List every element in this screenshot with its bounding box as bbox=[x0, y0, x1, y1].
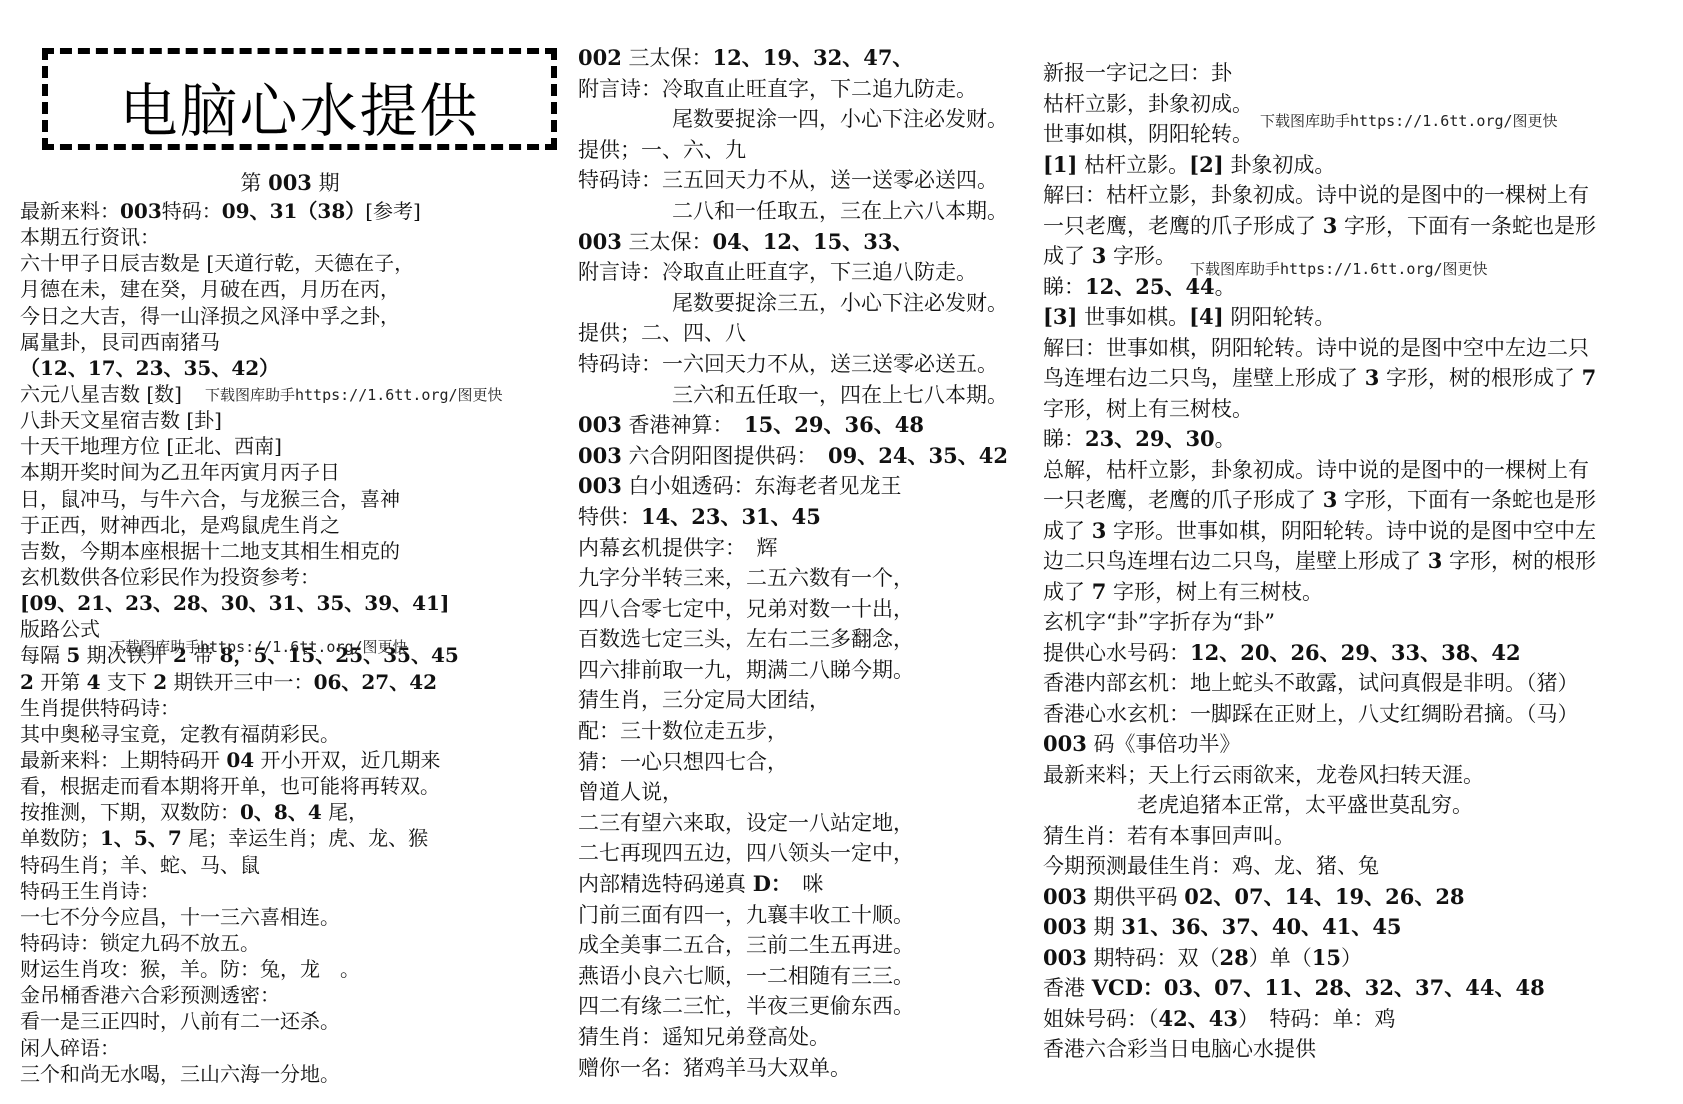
text-line: 日，鼠冲马，与牛六合，与龙猴三合，喜神 bbox=[20, 486, 560, 512]
watermark-text: 下载图库助手https://1.6tt.org/图更快 bbox=[205, 384, 503, 405]
line-text: 香港六合彩当日电脑心水提供 bbox=[1043, 1037, 1316, 1061]
line-text: 四二有缘二三忙，半夜三更偷东西。 bbox=[578, 994, 914, 1018]
text-line: 特码王生肖诗： bbox=[20, 878, 560, 904]
bold-number: 003 bbox=[578, 473, 622, 498]
text-line: [09、21、23、28、30、31、35、39、41] bbox=[20, 590, 560, 616]
line-text: 支下 bbox=[101, 670, 154, 694]
line-text: 八卦天文星宿吉数 [卦] bbox=[20, 408, 222, 432]
text-line: 边二只鸟连埋右边二只鸟，崖壁上形成了 3 字形，树的根形 bbox=[1043, 546, 1673, 577]
line-text: 二三有望六来取，设定一八站定地， bbox=[578, 811, 914, 835]
text-line: [1] 枯杆立影。[2] 卦象初成。 bbox=[1043, 150, 1673, 181]
text-line: 配：三十数位走五步， bbox=[578, 716, 1048, 747]
text-line: 003 期 31、36、37、40、41、45 bbox=[1043, 912, 1673, 943]
bold-number: 09、24、35、42 bbox=[828, 443, 1008, 468]
text-line: 百数选七定三头，左右二三多翻念， bbox=[578, 624, 1048, 655]
bold-number: 14、23、31、45 bbox=[641, 504, 821, 529]
bold-number: 1、5、7 bbox=[100, 826, 182, 850]
text-line: 猜生肖：遥知兄弟登高处。 bbox=[578, 1022, 1048, 1053]
line-text: 世事如棋。 bbox=[1077, 305, 1189, 329]
line-text: 二八和一任取五，三在上六八本期。 bbox=[672, 199, 1008, 223]
line-text: 四六排前取一九，期满二八睇今期。 bbox=[578, 658, 914, 682]
line-text: 一只老鹰，老鹰的爪子形成了 bbox=[1043, 214, 1323, 238]
line-text: 月德在未，建在癸，月破在西，月历在丙， bbox=[20, 277, 400, 301]
line-text: 生肖提供特码诗： bbox=[20, 696, 180, 720]
line-text: 提供；二、四、八 bbox=[578, 321, 746, 345]
text-line: 提供；二、四、八 bbox=[578, 318, 1048, 349]
line-text: 特码诗：一六回天力不从，送三送零必送五。 bbox=[578, 352, 998, 376]
line-text: 版路公式 bbox=[20, 617, 100, 641]
line-text: [参考] bbox=[365, 199, 421, 223]
bold-number: 2 bbox=[153, 670, 167, 694]
line-text: 特码： bbox=[162, 199, 222, 223]
text-line: 提供心水号码：12、20、26、29、33、38、42 bbox=[1043, 638, 1673, 669]
line-text: 成了 bbox=[1043, 519, 1092, 543]
issue-suffix: 期 bbox=[319, 171, 340, 195]
line-text: ） 特码：单：鸡 bbox=[1238, 1007, 1396, 1031]
text-line: 门前三面有四一，九襄丰收工十顺。 bbox=[578, 900, 1048, 931]
text-line: 尾数要捉涂三五，小心下注必发财。 bbox=[578, 288, 1048, 319]
bold-number: [2] bbox=[1189, 152, 1223, 177]
text-line: 月德在未，建在癸，月破在西，月历在丙， bbox=[20, 276, 560, 302]
line-text: 成全美事二五合，三前二生五再进。 bbox=[578, 933, 914, 957]
bold-number: 003 bbox=[578, 443, 622, 468]
text-line: 六十甲子日辰吉数是 [天道行乾，天德在子， bbox=[20, 250, 560, 276]
text-line: 香港内部玄机：地上蛇头不敢露，试问真假是非明。（猪） bbox=[1043, 668, 1673, 699]
text-line: 金吊桶香港六合彩预测透密： bbox=[20, 982, 560, 1008]
text-line: 本期开奖时间为乙丑年丙寅月丙子日 bbox=[20, 459, 560, 485]
issue-number: 第 003 期 bbox=[20, 168, 560, 198]
line-text: 成了 bbox=[1043, 580, 1092, 604]
bold-number: 3 bbox=[1092, 243, 1107, 268]
line-text: 香港 bbox=[1043, 976, 1092, 1000]
text-line: 003 六合阴阳图提供码： 09、24、35、42 bbox=[578, 441, 1048, 472]
text-line: 四八合零七定中，兄弟对数一十出， bbox=[578, 594, 1048, 625]
text-line: 总解，枯杆立影，卦象初成。诗中说的是图中的一棵树上有 bbox=[1043, 455, 1673, 486]
bold-number: 42、43 bbox=[1159, 1006, 1238, 1031]
line-text: 尾；幸运生肖；虎、龙、猴 bbox=[182, 826, 428, 850]
text-line: 解曰：世事如棋，阴阳轮转。诗中说的是图中空中左边二只 bbox=[1043, 333, 1673, 364]
line-text: 期铁开三中一： bbox=[167, 670, 313, 694]
text-line: 二七再现四五边，四八领头一定中， bbox=[578, 838, 1048, 869]
text-line: 老虎追猪本正常，太平盛世莫乱穷。 bbox=[1043, 790, 1673, 821]
issue-number-value: 003 bbox=[268, 170, 312, 195]
bold-number: 003 bbox=[578, 229, 622, 254]
line-text: 香港神算： bbox=[622, 413, 744, 437]
text-line: 单数防；1、5、7 尾；幸运生肖；虎、龙、猴 bbox=[20, 825, 560, 851]
line-text: 二七再现四五边，四八领头一定中， bbox=[578, 841, 914, 865]
line-text: 三个和尚无水喝，三山六海一分地。 bbox=[20, 1062, 340, 1086]
line-text: 看一是三正四时，八前有二一还杀。 bbox=[20, 1009, 340, 1033]
line-text: ） bbox=[1341, 946, 1362, 970]
issue-prefix: 第 bbox=[240, 171, 261, 195]
text-line: 曾道人说， bbox=[578, 777, 1048, 808]
right-column: 新报一字记之曰：卦 枯杆立影，卦象初成。 世事如棋，阴阳轮转。 [1] 枯杆立影… bbox=[1043, 58, 1673, 1065]
bold-number: 3 bbox=[1092, 518, 1107, 543]
text-line: 特码诗：锁定九码不放五。 bbox=[20, 930, 560, 956]
text-line: 最新来料：003特码：09、31（38）[参考] bbox=[20, 198, 560, 224]
line-text: 赠你一名：猪鸡羊马大双单。 bbox=[578, 1056, 851, 1080]
line-text: 本期五行资讯： bbox=[20, 225, 160, 249]
bold-number: 3 bbox=[1365, 365, 1380, 390]
text-line: [3] 世事如棋。[4] 阴阳轮转。 bbox=[1043, 302, 1673, 333]
bold-number: 2 bbox=[20, 670, 34, 694]
line-text: 猜：一心只想四七合， bbox=[578, 750, 788, 774]
text-line: 最新来料：上期特码开 04 开小开双，近几期来 bbox=[20, 747, 560, 773]
text-line: 003 白小姐透码：东海老者见龙王 bbox=[578, 471, 1048, 502]
bold-number: 02、07、14、19、26、28 bbox=[1184, 884, 1464, 909]
text-line: 吉数，今期本座根据十二地支其相生相克的 bbox=[20, 538, 560, 564]
text-line: 财运生肖攻：猴，羊。防：兔，龙 。 bbox=[20, 956, 560, 982]
text-line: 新报一字记之曰：卦 bbox=[1043, 58, 1673, 89]
line-text: 开第 bbox=[34, 670, 87, 694]
text-line: 猜：一心只想四七合， bbox=[578, 747, 1048, 778]
text-line: 闲人碎语： bbox=[20, 1035, 560, 1061]
bold-number: 003 bbox=[1043, 945, 1087, 970]
text-line: 内部精选特码递真 D： 咪 bbox=[578, 869, 1048, 900]
bold-number: 31、36、37、40、41、45 bbox=[1121, 914, 1401, 939]
text-line: 看一是三正四时，八前有二一还杀。 bbox=[20, 1008, 560, 1034]
text-line: 十天干地理方位 [正北、西南] bbox=[20, 433, 560, 459]
line-text: 附言诗：冷取直止旺直字，下三追八防走。 bbox=[578, 260, 977, 284]
line-text: 属量卦，艮司西南猪马 bbox=[20, 330, 220, 354]
bold-number: 7 bbox=[1582, 365, 1597, 390]
line-text: 尾数要捉涂三五，小心下注必发财。 bbox=[672, 291, 1008, 315]
line-text: 。 bbox=[1215, 427, 1236, 451]
text-line: 003 香港神算： 15、29、36、48 bbox=[578, 410, 1048, 441]
text-line: 香港六合彩当日电脑心水提供 bbox=[1043, 1034, 1673, 1065]
line-text: 提供；一、六、九 bbox=[578, 138, 746, 162]
line-text: 特码诗：锁定九码不放五。 bbox=[20, 931, 260, 955]
text-line: 今期预测最佳生肖：鸡、龙、猪、兔 bbox=[1043, 851, 1673, 882]
text-line: 鸟连埋右边二只鸟，崖壁上形成了 3 字形，树的根形成了 7 bbox=[1043, 363, 1673, 394]
text-line: 四二有缘二三忙，半夜三更偷东西。 bbox=[578, 991, 1048, 1022]
text-line: 猜生肖：若有本事回声叫。 bbox=[1043, 821, 1673, 852]
line-text: 附言诗：冷取直止旺直字，下二追九防走。 bbox=[578, 77, 977, 101]
text-line: 一只老鹰，老鹰的爪子形成了 3 字形，下面有一条蛇也是形 bbox=[1043, 211, 1673, 242]
line-text: 枯杆立影，卦象初成。 bbox=[1043, 92, 1253, 116]
line-text: 提供心水号码： bbox=[1043, 641, 1190, 665]
text-line: 猜生肖，三分定局大团结， bbox=[578, 685, 1048, 716]
line-text: 总解，枯杆立影，卦象初成。诗中说的是图中的一棵树上有 bbox=[1043, 458, 1589, 482]
bold-number: [1] bbox=[1043, 152, 1077, 177]
text-line: 字形，树上有三树枝。 bbox=[1043, 394, 1673, 425]
line-text: 十天干地理方位 [正北、西南] bbox=[20, 434, 282, 458]
text-line: 成了 3 字形。世事如棋，阴阳轮转。诗中说的是图中空中左 bbox=[1043, 516, 1673, 547]
title-box: 电脑心水提供 bbox=[42, 48, 557, 150]
line-text: 字形，下面有一条蛇也是形 bbox=[1337, 214, 1596, 238]
middle-rows: 002 三太保：12、19、32、47、附言诗：冷取直止旺直字，下二追九防走。尾… bbox=[578, 43, 1048, 1083]
line-text: 猜生肖，三分定局大团结， bbox=[578, 688, 830, 712]
watermark-text: 下载图库助手https://1.6tt.org/图更快 bbox=[110, 636, 408, 657]
text-line: 003 期供平码 02、07、14、19、26、28 bbox=[1043, 882, 1673, 913]
line-text: 百数选七定三头，左右二三多翻念， bbox=[578, 627, 914, 651]
text-line: 三六和五任取一，四在上七八本期。 bbox=[578, 380, 1048, 411]
text-line: 002 三太保：12、19、32、47、 bbox=[578, 43, 1048, 74]
text-line: 2 开第 4 支下 2 期铁开三中一：06、27、42 bbox=[20, 669, 560, 695]
text-line: 香港 VCD：03、07、11、28、32、37、44、48 bbox=[1043, 973, 1673, 1004]
middle-column: 002 三太保：12、19、32、47、附言诗：冷取直止旺直字，下二追九防走。尾… bbox=[578, 43, 1048, 1083]
line-text: 香港心水玄机：一脚踩在正财上，八丈红绸盼君摘。（马） bbox=[1043, 702, 1579, 726]
line-text: 期特码：双（ bbox=[1087, 946, 1220, 970]
line-text: 九字分半转三来，二五六数有一个， bbox=[578, 566, 914, 590]
text-line: 一只老鹰，老鹰的爪子形成了 3 字形，下面有一条蛇也是形 bbox=[1043, 485, 1673, 516]
line-text: 卦象初成。 bbox=[1224, 153, 1336, 177]
bold-number: 3 bbox=[1323, 487, 1338, 512]
text-line: 特供：14、23、31、45 bbox=[578, 502, 1048, 533]
line-text: 玄机数供各位彩民作为投资参考： bbox=[20, 565, 320, 589]
text-line: 属量卦，艮司西南猪马 bbox=[20, 329, 560, 355]
line-text: 按推测，下期，双数防： bbox=[20, 800, 240, 824]
line-text: 边二只鸟连埋右边二只鸟，崖壁上形成了 bbox=[1043, 549, 1428, 573]
line-text: 期 bbox=[1087, 915, 1121, 939]
text-line: 附言诗：冷取直止旺直字，下三追八防走。 bbox=[578, 257, 1048, 288]
text-line: 燕语小良六七顺，一二相随有三三。 bbox=[578, 961, 1048, 992]
watermark-text: 下载图库助手https://1.6tt.org/图更快 bbox=[1260, 110, 1558, 131]
bold-number: D： bbox=[753, 871, 782, 896]
text-line: 003 码《事倍功半》 bbox=[1043, 729, 1673, 760]
text-line: 二八和一任取五，三在上六八本期。 bbox=[578, 196, 1048, 227]
line-text: 特供： bbox=[578, 505, 641, 529]
text-line: 特码生肖；羊、蛇、马、鼠 bbox=[20, 852, 560, 878]
line-text: 三六和五任取一，四在上七八本期。 bbox=[672, 383, 1008, 407]
line-text: 内部精选特码递真 bbox=[578, 872, 753, 896]
watermark-text: 下载图库助手https://1.6tt.org/图更快 bbox=[1190, 258, 1488, 279]
bold-number: （12、17、23、35、42） bbox=[20, 356, 279, 380]
line-text: 财运生肖攻：猴，羊。防：兔，龙 。 bbox=[20, 957, 360, 981]
text-line: 附言诗：冷取直止旺直字，下二追九防走。 bbox=[578, 74, 1048, 105]
line-text: 燕语小良六七顺，一二相随有三三。 bbox=[578, 964, 914, 988]
line-text: 六合阴阳图提供码： bbox=[622, 444, 828, 468]
line-text: 吉数，今期本座根据十二地支其相生相克的 bbox=[20, 539, 400, 563]
line-text: 老虎追猪本正常，太平盛世莫乱穷。 bbox=[1137, 793, 1473, 817]
bold-number: 12、20、26、29、33、38、42 bbox=[1190, 640, 1521, 665]
text-line: 内幕玄机提供字： 辉 bbox=[578, 533, 1048, 564]
text-line: 看，根据走而看本期将开单，也可能将再转双。 bbox=[20, 773, 560, 799]
text-line: 生肖提供特码诗： bbox=[20, 695, 560, 721]
line-text: 字形，树的根形 bbox=[1442, 549, 1596, 573]
line-text: 世事如棋，阴阳轮转。 bbox=[1043, 122, 1253, 146]
text-line: 特码诗：一六回天力不从，送三送零必送五。 bbox=[578, 349, 1048, 380]
line-text: 本期开奖时间为乙丑年丙寅月丙子日 bbox=[20, 460, 340, 484]
line-text: 睇： bbox=[1043, 427, 1085, 451]
line-text: 配：三十数位走五步， bbox=[578, 719, 788, 743]
text-line: 尾数要捉涂一四，小心下注必发财。 bbox=[578, 104, 1048, 135]
line-text: 门前三面有四一，九襄丰收工十顺。 bbox=[578, 903, 914, 927]
line-text: 日，鼠冲马，与牛六合，与龙猴三合，喜神 bbox=[20, 487, 400, 511]
bold-number: 23、29、30 bbox=[1085, 426, 1215, 451]
line-text: 最新来料：上期特码开 bbox=[20, 748, 226, 772]
bold-number: 0、8、4 bbox=[240, 800, 322, 824]
bold-number: 003 bbox=[1043, 731, 1087, 756]
line-text: 每隔 bbox=[20, 643, 66, 667]
line-text: 特码生肖；羊、蛇、马、鼠 bbox=[20, 853, 260, 877]
bold-number: [4] bbox=[1189, 304, 1223, 329]
bold-number: VCD：03、07、11、28、32、37、44、48 bbox=[1092, 975, 1545, 1000]
bold-number: [3] bbox=[1043, 304, 1077, 329]
line-text: 成了 bbox=[1043, 244, 1092, 268]
line-text: 猜生肖：遥知兄弟登高处。 bbox=[578, 1025, 830, 1049]
line-text: 码《事倍功半》 bbox=[1087, 732, 1241, 756]
text-line: 玄机字“卦”字折存为“卦” bbox=[1043, 607, 1673, 638]
line-text: 咪 bbox=[781, 872, 823, 896]
line-text: 四八合零七定中，兄弟对数一十出， bbox=[578, 597, 914, 621]
line-text: 金吊桶香港六合彩预测透密： bbox=[20, 983, 280, 1007]
line-text: 字形，树上有三树枝。 bbox=[1043, 397, 1253, 421]
text-line: 三个和尚无水喝，三山六海一分地。 bbox=[20, 1061, 560, 1087]
text-line: 特码诗：三五回天力不从，送一送零必送四。 bbox=[578, 165, 1048, 196]
right-rows: 新报一字记之曰：卦 枯杆立影，卦象初成。 世事如棋，阴阳轮转。 [1] 枯杆立影… bbox=[1043, 58, 1673, 1065]
line-text: 字形。 bbox=[1106, 244, 1176, 268]
text-line: 四六排前取一九，期满二八睇今期。 bbox=[578, 655, 1048, 686]
bold-number: 12、19、32、47、 bbox=[713, 45, 914, 70]
text-line: 睇：23、29、30。 bbox=[1043, 424, 1673, 455]
line-text: 三太保： bbox=[622, 230, 713, 254]
line-text: 一只老鹰，老鹰的爪子形成了 bbox=[1043, 488, 1323, 512]
line-text: 最新来料；天上行云雨欲来，龙卷风扫转天涯。 bbox=[1043, 763, 1484, 787]
text-line: 一七不分今应昌，十一三六喜相连。 bbox=[20, 904, 560, 930]
text-line: 本期五行资讯： bbox=[20, 224, 560, 250]
text-line: 玄机数供各位彩民作为投资参考： bbox=[20, 564, 560, 590]
text-line: 其中奥秘寻宝竟，定教有福荫彩民。 bbox=[20, 721, 560, 747]
line-text: 曾道人说， bbox=[578, 780, 683, 804]
line-text: 内幕玄机提供字： 辉 bbox=[578, 536, 778, 560]
bold-number: 003 bbox=[1043, 914, 1087, 939]
line-text: 香港内部玄机：地上蛇头不敢露，试问真假是非明。（猪） bbox=[1043, 671, 1579, 695]
line-text: 玄机字“卦”字折存为“卦” bbox=[1043, 610, 1275, 634]
bold-number: 15 bbox=[1312, 945, 1341, 970]
text-line: 八卦天文星宿吉数 [卦] bbox=[20, 407, 560, 433]
text-line: 最新来料；天上行云雨欲来，龙卷风扫转天涯。 bbox=[1043, 760, 1673, 791]
line-text: 鸟连埋右边二只鸟，崖壁上形成了 bbox=[1043, 366, 1365, 390]
line-text: 看，根据走而看本期将开单，也可能将再转双。 bbox=[20, 774, 440, 798]
text-line: 提供；一、六、九 bbox=[578, 135, 1048, 166]
text-line: 赠你一名：猪鸡羊马大双单。 bbox=[578, 1053, 1048, 1084]
line-text: 姐妹号码：（ bbox=[1043, 1007, 1159, 1031]
text-line: 姐妹号码：（42、43） 特码：单：鸡 bbox=[1043, 1004, 1673, 1035]
bold-number: 28 bbox=[1220, 945, 1249, 970]
text-line: 今日之大吉，得一山泽损之风泽中孚之卦， bbox=[20, 303, 560, 329]
line-text: 字形，树上有三树枝。 bbox=[1106, 580, 1323, 604]
bold-number: 06、27、42 bbox=[314, 670, 438, 694]
bold-number: 003 bbox=[578, 412, 622, 437]
text-line: （12、17、23、35、42） bbox=[20, 355, 560, 381]
text-line: 按推测，下期，双数防：0、8、4 尾， bbox=[20, 799, 560, 825]
line-text: 解曰：世事如棋，阴阳轮转。诗中说的是图中空中左边二只 bbox=[1043, 336, 1589, 360]
bold-number: 04 bbox=[226, 748, 254, 772]
line-text: 猜生肖：若有本事回声叫。 bbox=[1043, 824, 1295, 848]
line-text: 尾数要捉涂一四，小心下注必发财。 bbox=[672, 107, 1008, 131]
line-text: 一七不分今应昌，十一三六喜相连。 bbox=[20, 905, 340, 929]
line-text: 今期预测最佳生肖：鸡、龙、猪、兔 bbox=[1043, 854, 1379, 878]
text-line: 成了 7 字形，树上有三树枝。 bbox=[1043, 577, 1673, 608]
bold-number: 04、12、15、33、 bbox=[713, 229, 914, 254]
line-text: 于正西，财神西北，是鸡鼠虎生肖之 bbox=[20, 513, 340, 537]
line-text: 字形，树的根形成了 bbox=[1379, 366, 1581, 390]
line-text: 白小姐透码：东海老者见龙王 bbox=[622, 474, 902, 498]
text-line: 于正西，财神西北，是鸡鼠虎生肖之 bbox=[20, 512, 560, 538]
line-text: 尾， bbox=[322, 800, 368, 824]
bold-number: 4 bbox=[87, 670, 101, 694]
text-line: 003 期特码：双（28）单（15） bbox=[1043, 943, 1673, 974]
text-line: 解曰：枯杆立影，卦象初成。诗中说的是图中的一棵树上有 bbox=[1043, 180, 1673, 211]
page-title: 电脑心水提供 bbox=[48, 64, 551, 148]
line-text: 特码王生肖诗： bbox=[20, 879, 160, 903]
text-line: 二三有望六来取，设定一八站定地， bbox=[578, 808, 1048, 839]
text-line: 香港心水玄机：一脚踩在正财上，八丈红绸盼君摘。（马） bbox=[1043, 699, 1673, 730]
line-text: 特码诗：三五回天力不从，送一送零必送四。 bbox=[578, 168, 998, 192]
line-text: 期供平码 bbox=[1087, 885, 1184, 909]
line-text: 字形，下面有一条蛇也是形 bbox=[1337, 488, 1596, 512]
text-line: 成全美事二五合，三前二生五再进。 bbox=[578, 930, 1048, 961]
line-text: 解曰：枯杆立影，卦象初成。诗中说的是图中的一棵树上有 bbox=[1043, 183, 1589, 207]
text-line: 九字分半转三来，二五六数有一个， bbox=[578, 563, 1048, 594]
bold-number: 15、29、36、48 bbox=[744, 412, 924, 437]
text-line: 003 三太保：04、12、15、33、 bbox=[578, 227, 1048, 258]
line-text: 字形。世事如棋，阴阳轮转。诗中说的是图中空中左 bbox=[1106, 519, 1596, 543]
line-text: 阴阳轮转。 bbox=[1224, 305, 1336, 329]
line-text: 开小开双，近几期来 bbox=[254, 748, 440, 772]
line-text: ）单（ bbox=[1249, 946, 1312, 970]
bold-number: 002 bbox=[578, 45, 622, 70]
line-text: 最新来料： bbox=[20, 199, 120, 223]
line-text: 今日之大吉，得一山泽损之风泽中孚之卦， bbox=[20, 304, 400, 328]
line-text: 新报一字记之曰：卦 bbox=[1043, 61, 1232, 85]
bold-number: 09、31（38） bbox=[222, 199, 366, 223]
line-text: 六元八星吉数 [数] bbox=[20, 382, 182, 406]
bold-number: 7 bbox=[1092, 579, 1107, 604]
line-text: 单数防； bbox=[20, 826, 100, 850]
line-text: 闲人碎语： bbox=[20, 1036, 120, 1060]
bold-number: 3 bbox=[1428, 548, 1443, 573]
bold-number: 003 bbox=[120, 199, 162, 223]
bold-number: 5 bbox=[66, 643, 80, 667]
bold-number: 3 bbox=[1323, 213, 1338, 238]
line-text: 六十甲子日辰吉数是 [天道行乾，天德在子， bbox=[20, 251, 414, 275]
bold-number: 003 bbox=[1043, 884, 1087, 909]
bold-number: [09、21、23、28、30、31、35、39、41] bbox=[20, 591, 449, 615]
line-text: 睇： bbox=[1043, 275, 1085, 299]
line-text: 三太保： bbox=[622, 46, 713, 70]
line-text: 枯杆立影。 bbox=[1077, 153, 1189, 177]
line-text: 其中奥秘寻宝竟，定教有福荫彩民。 bbox=[20, 722, 340, 746]
left-column: 第 003 期 最新来料：003特码：09、31（38）[参考]本期五行资讯：六… bbox=[20, 168, 560, 1087]
